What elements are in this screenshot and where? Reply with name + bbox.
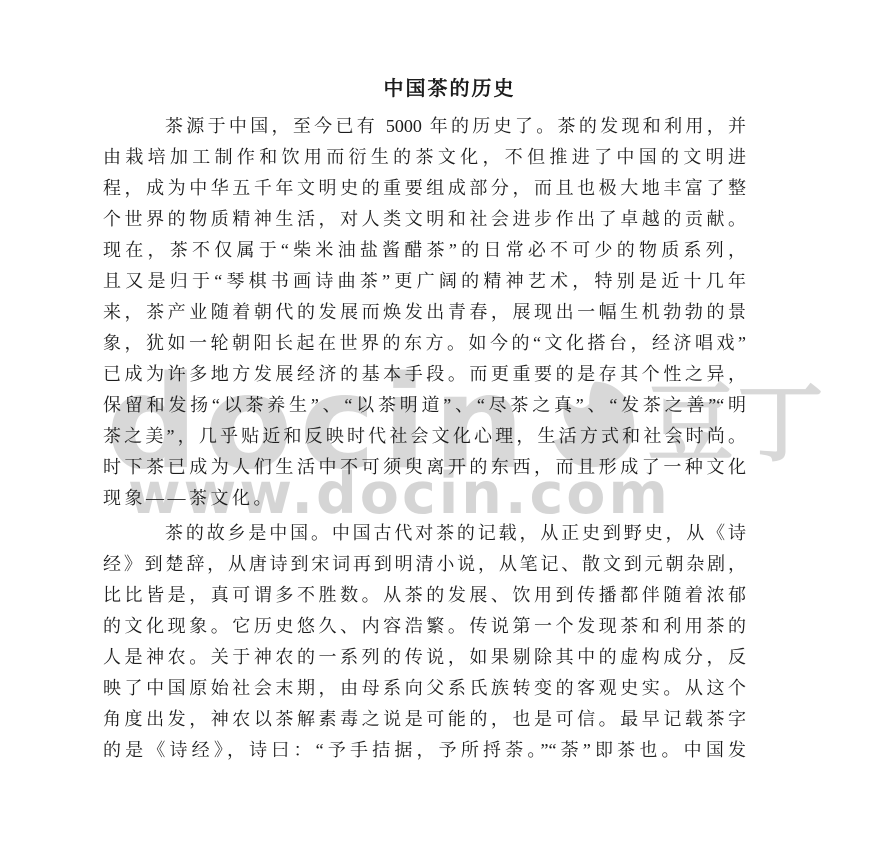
paragraph: 茶源于中国，至今已有 5000 年的历史了。茶的发现和利用，并由栽培加工制作和饮… (103, 111, 746, 514)
text-line: 的是《诗经》，诗曰：“予手拮据，予所捋荼。”“荼”即茶也。中国发 (103, 735, 746, 766)
document-body: 茶源于中国，至今已有 5000 年的历史了。茶的发现和利用，并由栽培加工制作和饮… (103, 111, 746, 766)
text-line: 时下茶已成为人们生活中不可须臾离开的东西，而且形成了一种文化 (103, 452, 746, 483)
text-line: 茶之美”，几乎贴近和反映时代社会文化心理，生活方式和社会时尚。 (103, 421, 746, 452)
text-line: 茶源于中国，至今已有 5000 年的历史了。茶的发现和利用，并 (103, 111, 746, 142)
text-line: 比比皆是，真可谓多不胜数。从茶的发展、饮用到传播都伴随着浓郁 (103, 580, 746, 611)
text-line: 且又是归于“琴棋书画诗曲茶”更广阔的精神艺术，特别是近十几年 (103, 266, 746, 297)
text-line: 来，茶产业随着朝代的发展而焕发出青春，展现出一幅生机勃勃的景 (103, 297, 746, 328)
document-page: docin 豆丁 www.docin.com 中国茶的历史 茶源于中国，至今已有… (0, 0, 870, 842)
text-line: 已成为许多地方发展经济的基本手段。而更重要的是存其个性之异， (103, 359, 746, 390)
text-line: 保留和发扬“以茶养生”、“以茶明道”、“尽茶之真”、“发茶之善”“明 (103, 390, 746, 421)
text-line: 经》到楚辞，从唐诗到宋词再到明清小说，从笔记、散文到元朝杂剧， (103, 549, 746, 580)
text-line: 程，成为中华五千年文明史的重要组成部分，而且也极大地丰富了整 (103, 173, 746, 204)
text-line: 象，犹如一轮朝阳长起在世界的东方。如今的“文化搭台，经济唱戏” (103, 328, 746, 359)
document-title: 中国茶的历史 (128, 0, 771, 105)
text-line: 由栽培加工制作和饮用而衍生的茶文化，不但推进了中国的文明进 (103, 142, 746, 173)
text-line: 现象——茶文化。 (103, 483, 746, 514)
text-line: 的文化现象。它历史悠久、内容浩繁。传说第一个发现茶和利用茶的 (103, 611, 746, 642)
text-line: 现在，茶不仅属于“柴米油盐酱醋茶”的日常必不可少的物质系列， (103, 235, 746, 266)
text-line: 角度出发，神农以茶解素毒之说是可能的，也是可信。最早记载茶字 (103, 704, 746, 735)
text-line: 映了中国原始社会末期，由母系向父系氏族转变的客观史实。从这个 (103, 673, 746, 704)
text-line: 茶的故乡是中国。中国古代对茶的记载，从正史到野史，从《诗 (103, 518, 746, 549)
paragraph: 茶的故乡是中国。中国古代对茶的记载，从正史到野史，从《诗经》到楚辞，从唐诗到宋词… (103, 518, 746, 766)
text-line: 个世界的物质精神生活，对人类文明和社会进步作出了卓越的贡献。 (103, 204, 746, 235)
text-line: 人是神农。关于神农的一系列的传说，如果剔除其中的虚构成分，反 (103, 642, 746, 673)
